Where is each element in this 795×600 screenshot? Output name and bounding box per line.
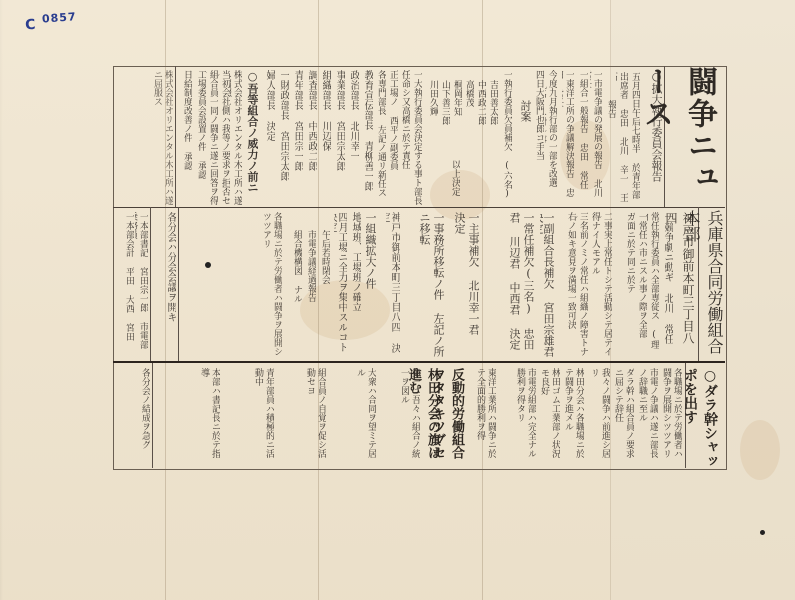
article-heading: ○吾等組合ノ威力ノ前ニ — [244, 70, 258, 205]
middle-article-text: 各職場ニ於テ労働者ハ闘争ヲ展開シツツアリ — [182, 212, 282, 357]
stamp-number: 0857 — [41, 10, 76, 25]
middle-item: ガ面ニ於テ同ニ於テ — [623, 212, 635, 357]
appointment-line: 政治部長 北川幸一 — [346, 70, 359, 205]
archive-stamp: C 0857 — [24, 10, 77, 33]
notice-line: 報告 — [604, 100, 616, 140]
middle-item: 一競争劇ニ動ギ 北川 常任 — [660, 212, 673, 357]
appointment-line: 一大執行委員会決定する事ト部長 — [410, 70, 422, 205]
middle-item: 組合機構図 ナル — [290, 230, 302, 350]
section-divider — [113, 361, 725, 363]
middle-item: 市電争議経過報告 — [304, 230, 316, 350]
column-divider — [152, 363, 153, 468]
top-item: 討案 — [518, 100, 531, 150]
appointment-line: 各専門部長 左記ノ通リ新任ス — [374, 70, 386, 205]
decision-text: 以上決定 — [448, 160, 460, 205]
middle-left-item: 一本部会計 平田 大西 宮田 — [121, 212, 134, 357]
middle-item: 三名前ノミノ常任ハ組織ノ障害トナル — [576, 212, 588, 357]
article-column: 本部ハ書記長ニ於テ指導 — [178, 368, 220, 466]
article-line: 当初会社側ハ我等ノ要求ヲ拒否セル — [218, 70, 230, 205]
article-line: 日給制度改善ノ件 承認 — [180, 70, 192, 205]
article-line: 株式会社オリエンタル木工所ハ遂ニ屈服ス — [230, 70, 242, 205]
stamp-prefix: C — [25, 17, 37, 34]
candidate-name: 高橋茂 — [462, 80, 474, 150]
notice-line: 五月四日午后七時半 於青年部 — [628, 72, 640, 202]
candidate-name: 桐岡年知 — [450, 80, 462, 150]
middle-item: 午后若時閉会 — [318, 230, 330, 350]
article-column: ダラ幹ハ組合員ノ要求ニ屈シテ辞任 — [612, 368, 634, 466]
article-faded-text: 株式会社オリエンタル木工所ハ遂ニ屈服ス — [118, 70, 173, 205]
middle-left-item: 各分会ハ分会会議ヲ開キ — [154, 212, 176, 357]
candidate-name: 中西政二郎 — [474, 80, 486, 150]
candidate-name: 山下善三郎 — [438, 80, 450, 150]
top-item: 一市電争議の発展の報告 北川 常任 — [590, 70, 602, 205]
article-column: 第一ニ吾々ハ組合ノ統一ヲ図ル — [380, 368, 420, 466]
middle-item: 神戸市御前本町三丁目八四 決定 — [386, 212, 400, 357]
section-divider — [113, 207, 725, 208]
appointment-line: 一財政部長 宮田宗太郎 — [276, 70, 289, 205]
article-column: 各職場ニ於テ労働者ハ闘争ヲ展開シツツアリ — [660, 368, 682, 466]
article-column: 組合員ノ自覚ヲ促シ活動セヨ — [278, 368, 326, 466]
article-column: 林田分会ハ各職場ニ於テ闘争ヲ進メル — [562, 368, 584, 466]
appointment-line: 組織部長 川辺保 — [318, 70, 331, 205]
newsletter-title: 闘争ニュース — [666, 66, 721, 211]
appointment-line: 教育宣伝部長 青柳善一郎 — [360, 70, 373, 205]
appointment-line: 正工場ノ 西平ノ副委員 — [386, 70, 398, 205]
middle-item: 一常任補欠(三名) 忠田君 川辺君 中西君 決定 — [505, 212, 535, 357]
article-column: 我々ノ闘争ハ前進シ居リ — [588, 368, 610, 466]
appointment-line: 任命シ又高橋ニ於テ責任 — [398, 70, 410, 205]
middle-item: 得ナイ人モアル — [588, 212, 600, 357]
appointment-line: 婦人部長 決定 — [262, 70, 275, 205]
candidate-name: 川田久輝 — [426, 80, 438, 150]
middle-item: 一副組合長補欠 宮田宗雄君 決定 — [540, 212, 554, 357]
headline-center: 反動的労働組合ヲタタキツブセ — [448, 368, 466, 468]
middle-item: 四月工場ニ全力ヲ集中スルコト 決定 — [334, 212, 347, 357]
appointment-line: 調査部長 中西政二郎 — [304, 70, 317, 205]
middle-item: 右ノ如キ意見ヲ満場一致可決 — [564, 212, 576, 357]
column-divider — [175, 66, 176, 207]
article-column: 市電ノ争議ハ遂ニ部長ノ辞職ニ至ル — [636, 368, 658, 466]
appointment-line: 青年部長 宮田宗一郎 — [290, 70, 303, 205]
top-item: 今度九月執行部の一部を改選 (九名)エ対ル事 — [545, 70, 557, 205]
middle-item: 常任執行委員ハ全部専従ス (理由) — [647, 212, 659, 357]
article-line: 組合員一同ノ闘争ニ遂ニ回答ヲ得タリ — [206, 70, 218, 205]
middle-item: 地域班、工場班ノ確立 — [348, 212, 361, 357]
middle-item: 一事務所移転ノ件 左記ノ所ニ移転 — [415, 212, 445, 357]
top-item: 一東洋工所の争議解決報告 忠田 常任 — [562, 70, 574, 205]
ink-dot — [205, 262, 211, 268]
top-item: 一執行委員欠員補欠 (六名) — [500, 70, 512, 205]
organization-address: 神戸市御前本町三丁目八四 — [675, 212, 697, 352]
middle-item: 一組織拡大ノ件 — [362, 212, 376, 357]
article-column: 各分会ノ結成ヲ急グ — [118, 368, 150, 466]
organization-name: 兵庫県合同労働組合本部 — [700, 210, 726, 360]
paper-stain — [740, 420, 780, 480]
candidate-name: 吉田善太郎 — [486, 80, 498, 150]
middle-item: 二事実上常任トシテ活動シテ居テイル — [600, 212, 612, 357]
article-column: 青年部員ハ積極的ニ活動中 — [224, 368, 274, 466]
article-column: 市電労組部ハ完全ナル勝利ヲ得タリ — [500, 368, 536, 466]
column-divider — [150, 207, 151, 361]
notice-heading: ○拡大執行委員会報告 — [640, 70, 662, 205]
top-item: 四日大阪門也郎コ手当 — [532, 70, 544, 205]
top-item: 一組合一般報告 忠田 常任 — [576, 70, 588, 205]
article-column: 林田ゴム工業部ノ状況モ良好 — [538, 368, 560, 466]
middle-item: 一主事補欠 北川幸一君 決定 — [450, 212, 480, 357]
middle-item: 一常任ハ市ニスル事ノ際ヲ全部 — [635, 212, 647, 357]
headline-left: 林田分会の旗は進む — [424, 368, 442, 468]
column-divider — [178, 207, 179, 361]
appointment-line: 事業部長 宮田宗太郎 — [332, 70, 345, 205]
article-column: 大衆ハ合同ヲ望ミテ居ル — [330, 368, 376, 466]
article-column: 東洋工業所ハ闘争ニ於テ全面的勝利ヲ得 — [470, 368, 496, 466]
headline-right: ○ダラ幹シャッポを出す — [698, 368, 720, 468]
notice-line: 出席者 忠田 北川 辛一 王石 — [616, 72, 628, 202]
article-line: 工場委員会設置ノ件 承認 — [194, 70, 206, 205]
ink-dot — [760, 530, 765, 535]
middle-left-item: 一本部書記 宮田宗一郎 市電部 乗務員 — [135, 212, 148, 357]
